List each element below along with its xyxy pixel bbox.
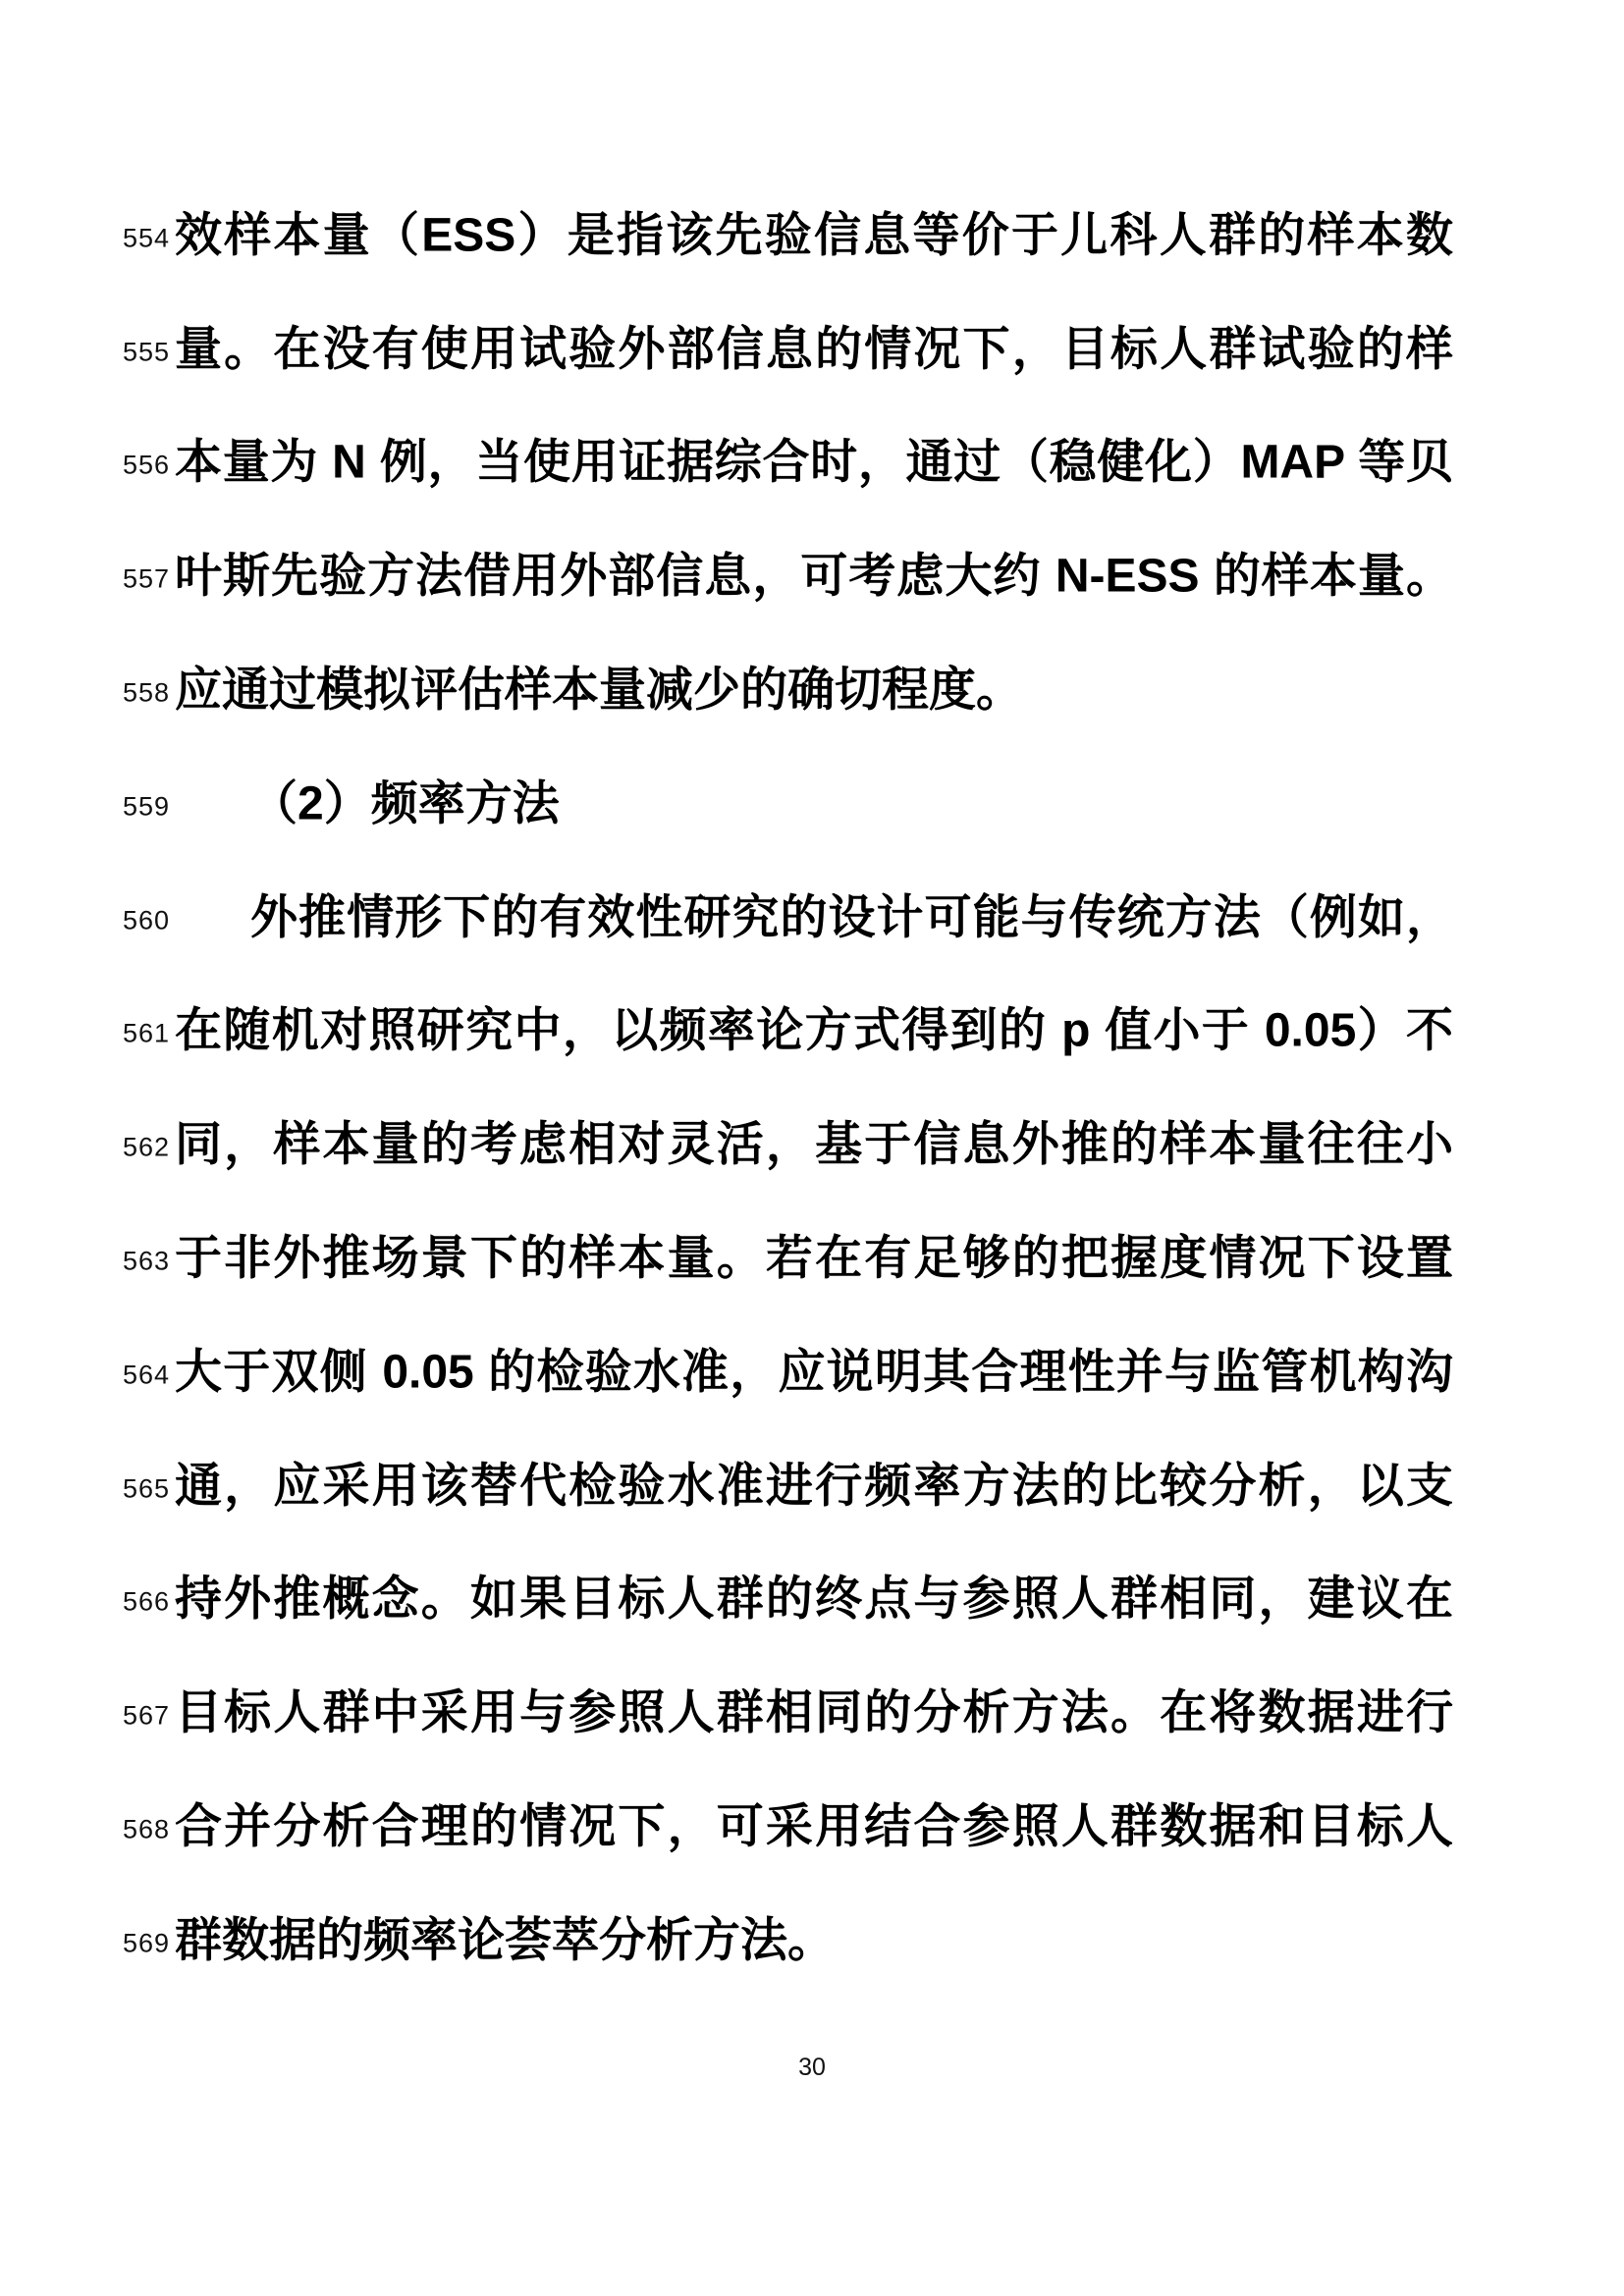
line-text: 同，样本量的考虑相对灵活，基于信息外推的样本量往往小	[175, 1118, 1453, 1172]
line-number-label: 558	[123, 678, 170, 709]
text-line: 568 合并分析合理的情况下，可采用结合参照人群数据和目标人	[0, 1770, 1624, 1884]
line-number-label: 564	[123, 1360, 170, 1390]
line-number-label: 557	[123, 564, 170, 595]
line-text: 通，应采用该替代检验水准进行频率方法的比较分析，以支	[175, 1459, 1453, 1513]
text-line: 558 应通过模拟评估样本量减少的确切程度。	[0, 633, 1624, 747]
line-number-label: 563	[123, 1247, 170, 1277]
line-text: 本量为 N 例，当使用证据综合时，通过（稳健化）MAP 等贝	[175, 436, 1453, 490]
line-text: 叶斯先验方法借用外部信息，可考虑大约 N-ESS 的样本量。	[175, 550, 1453, 604]
text-line: 563 于非外推场景下的样本量。若在有足够的把握度情况下设置	[0, 1201, 1624, 1315]
text-lines-container: 554 效样本量（ESS）是指该先验信息等价于儿科人群的样本数 555 量。在没…	[0, 179, 1624, 1998]
line-number-label: 568	[123, 1815, 170, 1845]
text-line: 565 通，应采用该替代检验水准进行频率方法的比较分析，以支	[0, 1429, 1624, 1543]
line-number-label: 555	[123, 337, 170, 367]
text-line: 560 外推情形下的有效性研究的设计可能与传统方法（例如，	[0, 861, 1624, 975]
page-number: 30	[0, 2054, 1624, 2082]
line-text: （2）频率方法	[175, 776, 1453, 830]
text-line: 564 大于双侧 0.05 的检验水准，应说明其合理性并与监管机构沟	[0, 1315, 1624, 1429]
text-line: 559 （2）频率方法	[0, 747, 1624, 861]
line-number-label: 565	[123, 1473, 170, 1504]
line-number-label: 560	[123, 905, 170, 935]
line-text: 效样本量（ESS）是指该先验信息等价于儿科人群的样本数	[175, 208, 1453, 262]
line-text: 应通过模拟评估样本量减少的确切程度。	[175, 663, 1453, 717]
line-number-label: 559	[123, 791, 170, 822]
text-line: 554 效样本量（ESS）是指该先验信息等价于儿科人群的样本数	[0, 179, 1624, 293]
line-number-label: 562	[123, 1133, 170, 1163]
document-page: 554 效样本量（ESS）是指该先验信息等价于儿科人群的样本数 555 量。在没…	[0, 0, 1624, 2296]
text-line: 562 同，样本量的考虑相对灵活，基于信息外推的样本量往往小	[0, 1088, 1624, 1201]
line-number-label: 556	[123, 451, 170, 481]
text-line: 566 持外推概念。如果目标人群的终点与参照人群相同，建议在	[0, 1543, 1624, 1657]
text-line: 556 本量为 N 例，当使用证据综合时，通过（稳健化）MAP 等贝	[0, 406, 1624, 520]
line-number-label: 561	[123, 1019, 170, 1049]
line-text: 目标人群中采用与参照人群相同的分析方法。在将数据进行	[175, 1686, 1453, 1740]
line-text: 群数据的频率论荟萃分析方法。	[175, 1913, 1453, 1967]
line-number-label: 554	[123, 223, 170, 253]
text-line: 567 目标人群中采用与参照人群相同的分析方法。在将数据进行	[0, 1656, 1624, 1770]
line-number-label: 566	[123, 1587, 170, 1618]
line-text: 合并分析合理的情况下，可采用结合参照人群数据和目标人	[175, 1799, 1453, 1853]
text-line: 569 群数据的频率论荟萃分析方法。	[0, 1884, 1624, 1998]
text-line: 557 叶斯先验方法借用外部信息，可考虑大约 N-ESS 的样本量。	[0, 519, 1624, 633]
line-text: 于非外推场景下的样本量。若在有足够的把握度情况下设置	[175, 1231, 1453, 1285]
line-text: 量。在没有使用试验外部信息的情况下，目标人群试验的样	[175, 322, 1453, 376]
line-text: 在随机对照研究中，以频率论方式得到的 p 值小于 0.05）不	[175, 1004, 1453, 1058]
line-text: 持外推概念。如果目标人群的终点与参照人群相同，建议在	[175, 1573, 1453, 1627]
text-line: 555 量。在没有使用试验外部信息的情况下，目标人群试验的样	[0, 293, 1624, 406]
line-number-label: 569	[123, 1928, 170, 1958]
text-line: 561 在随机对照研究中，以频率论方式得到的 p 值小于 0.05）不	[0, 975, 1624, 1089]
line-text: 大于双侧 0.05 的检验水准，应说明其合理性并与监管机构沟	[175, 1345, 1453, 1399]
line-text: 外推情形下的有效性研究的设计可能与传统方法（例如，	[175, 890, 1453, 944]
line-number-label: 567	[123, 1701, 170, 1732]
